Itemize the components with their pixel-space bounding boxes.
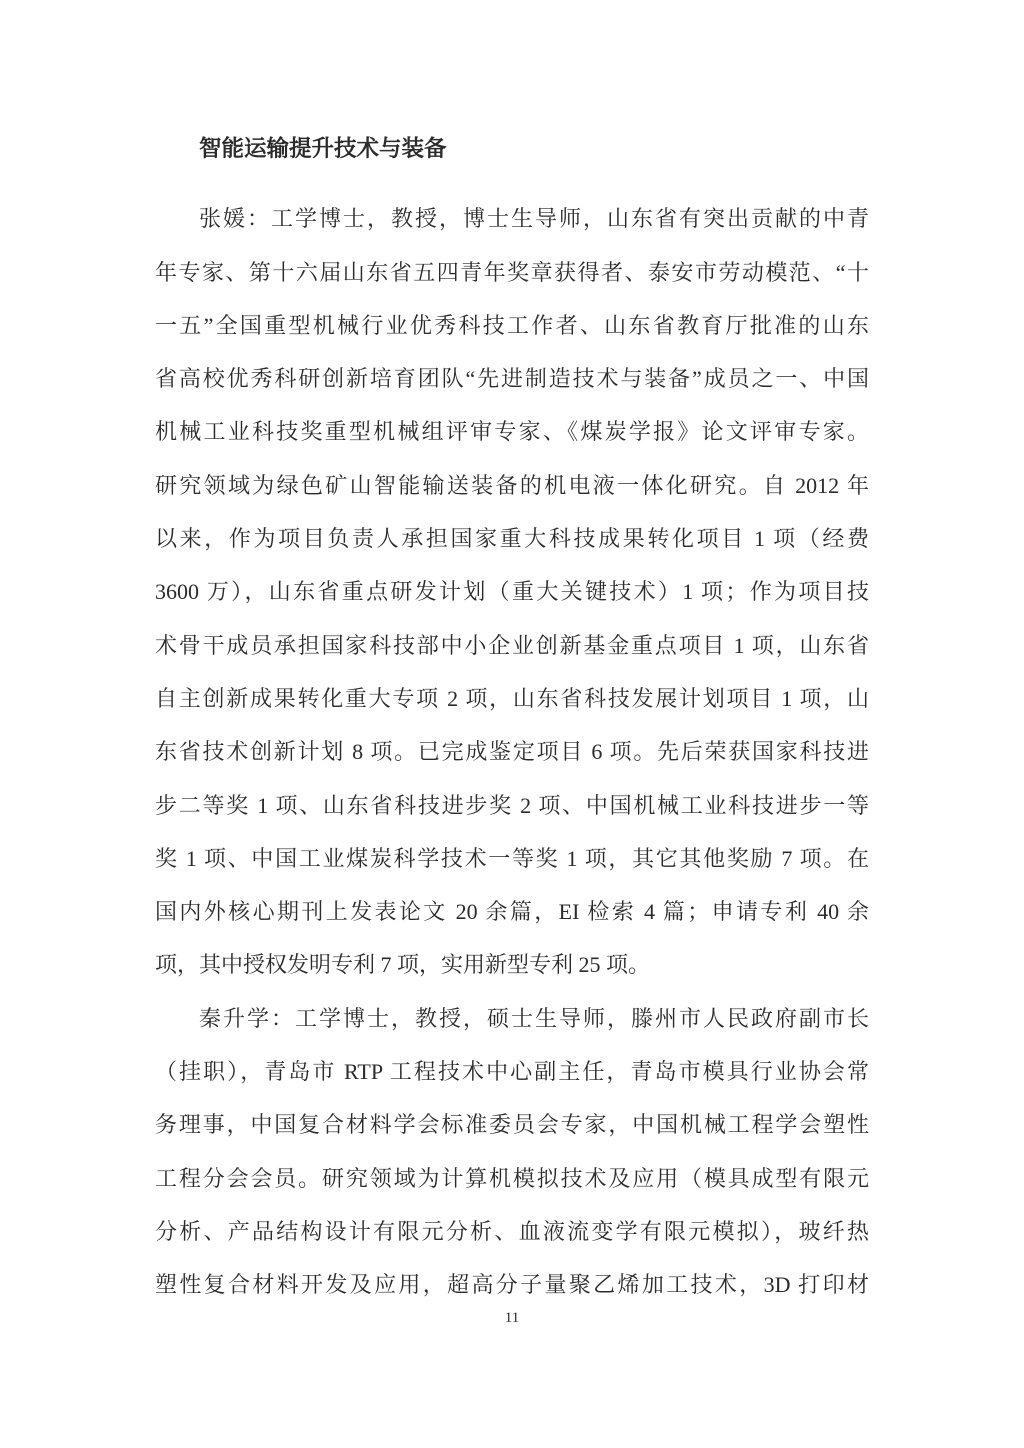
text-line: 工程分会会员。研究领域为计算机模拟技术及应用（模具成型有限元	[155, 1152, 869, 1205]
text-line: 秦升学：工学博士，教授，硕士生导师，滕州市人民政府副市长	[155, 992, 869, 1045]
text-line: 国内外核心期刊上发表论文 20 余篇，EI 检索 4 篇；申请专利 40 余	[155, 885, 869, 938]
text-line: 机械工业科技奖重型机械组评审专家、《煤炭学报》论文评审专家。	[155, 405, 869, 458]
paragraph: 秦升学：工学博士，教授，硕士生导师，滕州市人民政府副市长（挂职），青岛市 RTP…	[155, 992, 869, 1312]
text-line: 3600 万），山东省重点研发计划（重大关键技术）1 项；作为项目技	[155, 565, 869, 618]
document-body: 张媛：工学博士，教授，博士生导师，山东省有突出贡献的中青年专家、第十六届山东省五…	[155, 192, 869, 1311]
section-title: 智能运输提升技术与装备	[155, 122, 869, 175]
text-line: （挂职），青岛市 RTP 工程技术中心副主任，青岛市模具行业协会常	[155, 1045, 869, 1098]
text-line: 省高校优秀科研创新培育团队“先进制造技术与装备”成员之一、中国	[155, 352, 869, 405]
document-page: 智能运输提升技术与装备 张媛：工学博士，教授，博士生导师，山东省有突出贡献的中青…	[0, 0, 1024, 1448]
text-line: 年专家、第十六届山东省五四青年奖章获得者、泰安市劳动模范、“十	[155, 246, 869, 299]
text-line: 塑性复合材料开发及应用，超高分子量聚乙烯加工技术，3D 打印材	[155, 1258, 869, 1311]
text-line: 步二等奖 1 项、山东省科技进步奖 2 项、中国机械工业科技进步一等	[155, 779, 869, 832]
text-line: 东省技术创新计划 8 项。已完成鉴定项目 6 项。先后荣获国家科技进	[155, 725, 869, 778]
page-number: 11	[0, 1306, 1024, 1330]
text-line: 以来，作为项目负责人承担国家重大科技成果转化项目 1 项（经费	[155, 512, 869, 565]
text-line: 项，其中授权发明专利 7 项，实用新型专利 25 项。	[155, 938, 869, 991]
text-line: 自主创新成果转化重大专项 2 项，山东省科技发展计划项目 1 项，山	[155, 672, 869, 725]
paragraph: 张媛：工学博士，教授，博士生导师，山东省有突出贡献的中青年专家、第十六届山东省五…	[155, 192, 869, 991]
text-line: 分析、产品结构设计有限元分析、血液流变学有限元模拟），玻纤热	[155, 1205, 869, 1258]
text-line: 务理事，中国复合材料学会标准委员会专家，中国机械工程学会塑性	[155, 1098, 869, 1151]
text-line: 奖 1 项、中国工业煤炭科学技术一等奖 1 项，其它其他奖励 7 项。在	[155, 832, 869, 885]
text-line: 一五”全国重型机械行业优秀科技工作者、山东省教育厅批准的山东	[155, 299, 869, 352]
text-line: 张媛：工学博士，教授，博士生导师，山东省有突出贡献的中青	[155, 192, 869, 245]
text-line: 研究领域为绿色矿山智能输送装备的机电液一体化研究。自 2012 年	[155, 459, 869, 512]
text-line: 术骨干成员承担国家科技部中小企业创新基金重点项目 1 项，山东省	[155, 619, 869, 672]
